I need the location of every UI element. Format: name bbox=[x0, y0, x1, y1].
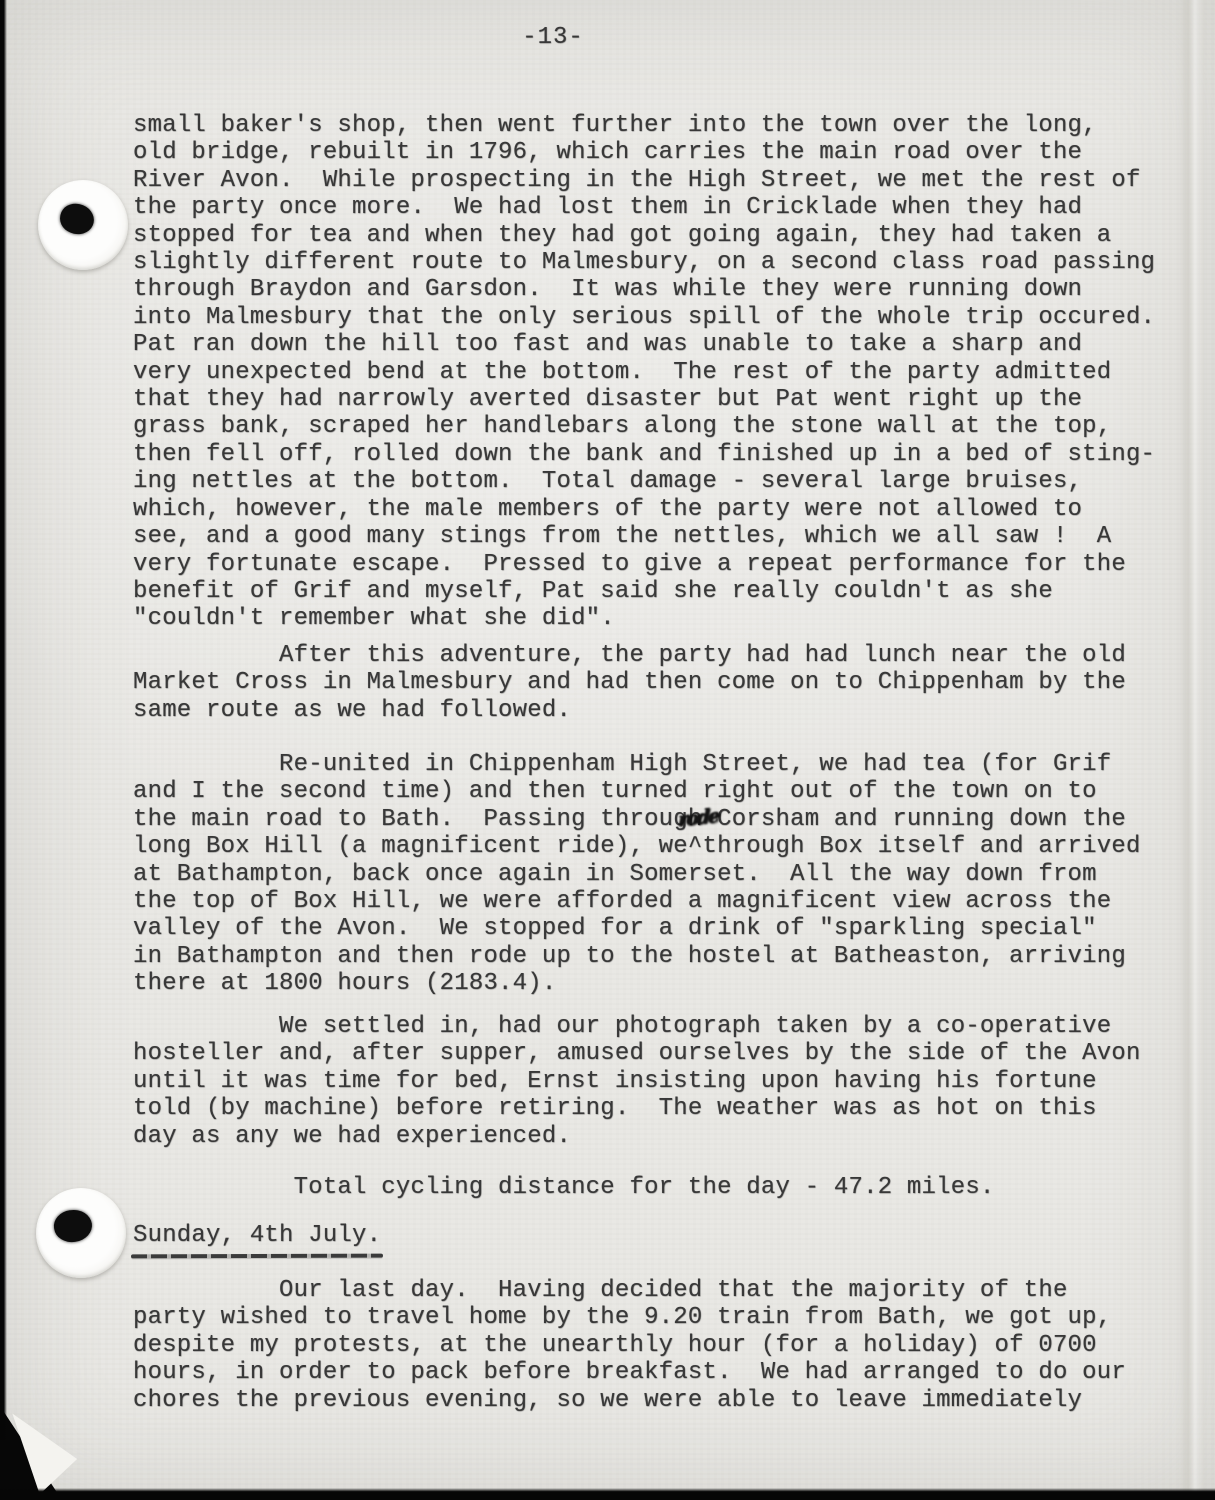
punch-hole-icon bbox=[52, 1208, 94, 1245]
text-line: there at 1800 hours (2183.4). bbox=[133, 970, 1141, 997]
text-line: valley of the Avon. We stopped for a dri… bbox=[133, 915, 1141, 942]
text-line: chores the previous evening, so we were … bbox=[133, 1387, 1126, 1414]
heading-underline bbox=[131, 1254, 383, 1259]
text-line: Re-united in Chippenham High Street, we … bbox=[133, 751, 1141, 778]
scanner-edge-left bbox=[0, 0, 7, 1440]
punch-hole-icon bbox=[57, 201, 96, 237]
text-line: into Malmesbury that the only serious sp… bbox=[133, 304, 1155, 331]
text-line: We settled in, had our photograph taken … bbox=[133, 1013, 1141, 1040]
hole-punch-top bbox=[38, 180, 128, 270]
text-line: told (by machine) before retiring. The w… bbox=[133, 1095, 1141, 1122]
text-line: very unexpected bend at the bottom. The … bbox=[133, 359, 1155, 386]
text-line: slightly different route to Malmesbury, … bbox=[133, 249, 1155, 276]
text-line: old bridge, rebuilt in 1796, which carri… bbox=[133, 139, 1155, 166]
text-line: the top of Box Hill, we were afforded a … bbox=[133, 888, 1141, 915]
text-line: despite my protests, at the unearthly ho… bbox=[133, 1332, 1126, 1359]
text-line: day as any we had experienced. bbox=[133, 1123, 1141, 1150]
text-line: benefit of Grif and myself, Pat said she… bbox=[133, 578, 1155, 605]
text-line: same route as we had followed. bbox=[133, 697, 1126, 724]
paragraph-reunited: Re-united in Chippenham High Street, we … bbox=[133, 751, 1141, 998]
scanner-background: -13- small baker's shop, then went furth… bbox=[0, 0, 1215, 1500]
text-line: see, and a good many stings from the net… bbox=[133, 523, 1155, 550]
text-line: River Avon. While prospecting in the Hig… bbox=[133, 167, 1155, 194]
text-line: ing nettles at the bottom. Total damage … bbox=[133, 468, 1155, 495]
text-line: in Bathampton and then rode up to the ho… bbox=[133, 943, 1141, 970]
text-line: the party once more. We had lost them in… bbox=[133, 194, 1155, 221]
text-line: very fortunate escape. Pressed to give a… bbox=[133, 551, 1155, 578]
text-line: then fell off, rolled down the bank and … bbox=[133, 441, 1155, 468]
text-line: After this adventure, the party had had … bbox=[133, 642, 1126, 669]
text-line: through Braydon and Garsdon. It was whil… bbox=[133, 276, 1155, 303]
text-line: that they had narrowly averted disaster … bbox=[133, 386, 1155, 413]
page-number: -13- bbox=[133, 24, 973, 51]
total-distance-line: Total cycling distance for the day - 47.… bbox=[133, 1174, 995, 1201]
text-line: grass bank, scraped her handlebars along… bbox=[133, 413, 1155, 440]
text-line: hosteller and, after supper, amused ours… bbox=[133, 1040, 1141, 1067]
text-line: and I the second time) and then turned r… bbox=[133, 778, 1141, 805]
text-line: long Box Hill (a magnificent ride), we^t… bbox=[133, 833, 1141, 860]
paragraph-continuation: small baker's shop, then went further in… bbox=[133, 112, 1155, 633]
text-line: which, however, the male members of the … bbox=[133, 496, 1155, 523]
text-line: hours, in order to pack before breakfast… bbox=[133, 1359, 1126, 1386]
text-line: Pat ran down the hill too fast and was u… bbox=[133, 331, 1155, 358]
text-line: party wished to travel home by the 9.20 … bbox=[133, 1304, 1126, 1331]
scanned-page: -13- small baker's shop, then went furth… bbox=[0, 0, 1215, 1500]
section-heading-sunday-4th-july: Sunday, 4th July. bbox=[133, 1222, 381, 1249]
text-line: "couldn't remember what she did". bbox=[133, 605, 1155, 632]
scanner-edge-bottom bbox=[0, 1488, 1215, 1500]
text-line: the main road to Bath. Passing through C… bbox=[133, 806, 1141, 833]
text-line: stopped for tea and when they had got go… bbox=[133, 222, 1155, 249]
paragraph-after-adventure: After this adventure, the party had had … bbox=[133, 642, 1126, 724]
paragraph-last-day: Our last day. Having decided that the ma… bbox=[133, 1277, 1126, 1414]
paragraph-settled-in: We settled in, had our photograph taken … bbox=[133, 1013, 1141, 1150]
text-line: small baker's shop, then went further in… bbox=[133, 112, 1155, 139]
text-line: until it was time for bed, Ernst insisti… bbox=[133, 1068, 1141, 1095]
text-line: at Bathampton, back once again in Somers… bbox=[133, 861, 1141, 888]
hole-punch-bottom bbox=[36, 1188, 126, 1278]
text-line: Market Cross in Malmesbury and had then … bbox=[133, 669, 1126, 696]
paper-crease-right bbox=[1178, 0, 1204, 1500]
text-line: Our last day. Having decided that the ma… bbox=[133, 1277, 1126, 1304]
